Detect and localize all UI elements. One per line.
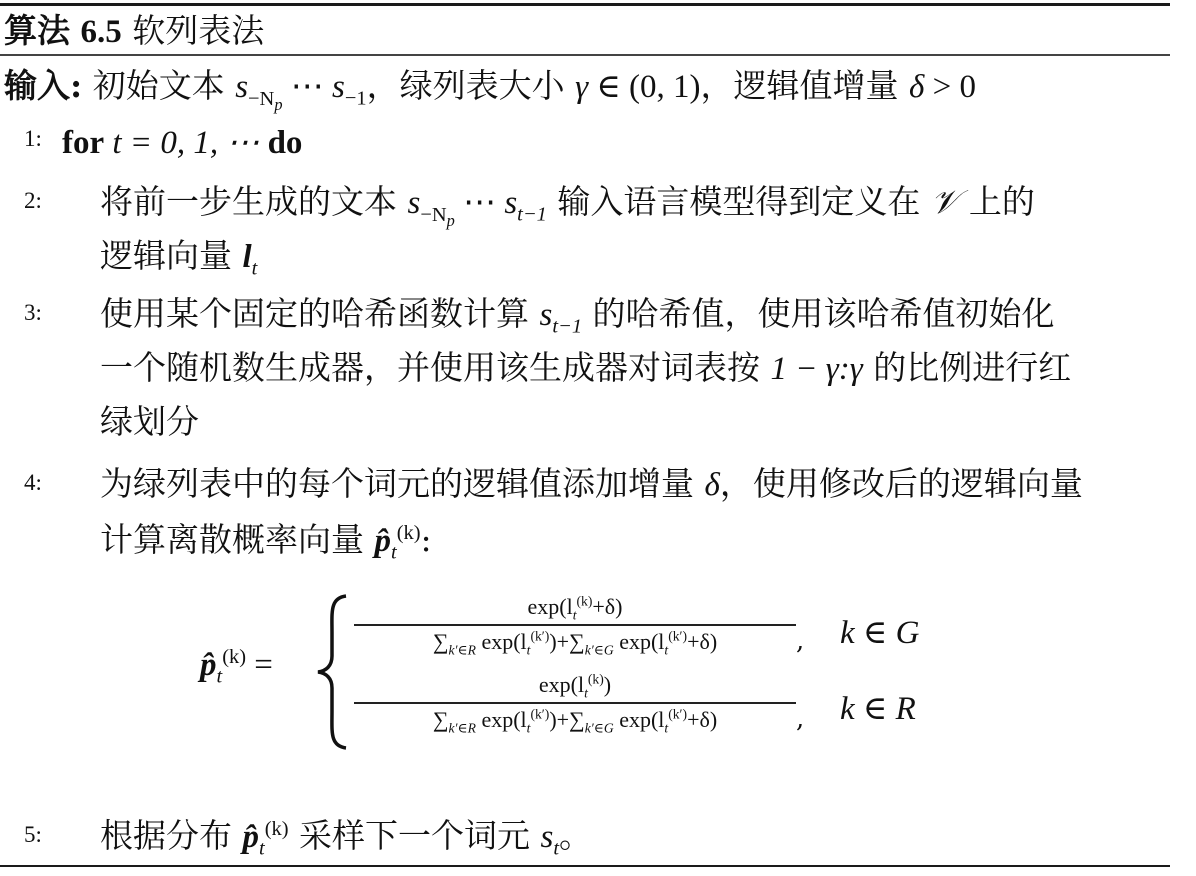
step-5-text: 根据分布 p̂t(k) 采样下一个词元 st。	[100, 814, 592, 859]
text: +δ)	[687, 707, 717, 732]
math-sub: −N	[248, 88, 274, 110]
math-sub: t−1	[517, 204, 547, 226]
line-number: 3:	[24, 300, 42, 326]
math-subsub: p	[447, 211, 455, 230]
algorithm-label: 算法	[4, 11, 70, 50]
math-sup: (k′)	[668, 628, 687, 643]
step-3-line-1: 使用某个固定的哈希函数计算 st−1 的哈希值，使用该哈希值初始化	[100, 292, 1055, 337]
math-sub: t−1	[552, 316, 582, 338]
case-red: exp(lt(k)) ∑k′∈R exp(lt(k′))+∑k′∈G exp(l…	[350, 670, 800, 736]
algorithm-name: 软列表法	[132, 11, 264, 50]
text: )+∑	[549, 629, 584, 654]
vocab-symbol: 𝒱	[931, 182, 959, 221]
text: exp(l	[539, 672, 584, 697]
math-sup: (k)	[588, 672, 604, 687]
math-sup: (k)	[265, 818, 289, 840]
keyword-for: for	[62, 125, 104, 161]
condition-green: k ∈ G	[840, 612, 919, 652]
text: 的哈希值，使用该哈希值初始化	[582, 294, 1055, 333]
step-4-line-2: 计算离散概率向量 p̂t(k):	[100, 518, 432, 563]
denominator: ∑k′∈R exp(lt(k′))+∑k′∈G exp(lt(k′)+δ)	[350, 704, 800, 736]
comma: ,	[796, 626, 804, 656]
text: :	[421, 520, 432, 559]
step-1-text: for t = 0, 1, ⋯ do	[62, 120, 302, 165]
math-prob-vector: p̂	[243, 819, 260, 855]
equals-sign: =	[246, 647, 273, 683]
math-prob-vector: p̂	[375, 523, 392, 559]
math-sub: k′∈R	[449, 720, 476, 735]
line-number: 5:	[24, 822, 42, 848]
text: exp(l	[614, 707, 665, 732]
math-s: s	[540, 297, 553, 333]
math-s: s	[541, 819, 554, 855]
math-sup: (k)	[222, 646, 246, 668]
math-delta: δ	[909, 69, 924, 105]
math-sup: (k′)	[530, 706, 549, 721]
math-range: ∈ (0, 1)	[588, 69, 700, 105]
text: 逻辑向量	[100, 236, 243, 275]
math-ratio: 1 − γ:γ	[771, 351, 863, 387]
math-sub: t	[391, 542, 397, 564]
math-dots: ⋯	[455, 185, 505, 221]
text: 上的	[958, 182, 1035, 221]
math-sub: −1	[345, 88, 367, 110]
math-prob-vector: p̂	[200, 647, 217, 683]
text: exp(l	[614, 629, 665, 654]
line-number: 1:	[24, 126, 42, 152]
math-s: s	[332, 69, 345, 105]
math-sub: t	[217, 666, 223, 688]
case-green: exp(lt(k)+δ) ∑k′∈R exp(lt(k′))+∑k′∈G exp…	[350, 592, 800, 658]
top-rule	[0, 3, 1170, 6]
math-sub: t	[664, 642, 668, 657]
math-s: s	[408, 185, 421, 221]
math-gamma: γ	[575, 69, 588, 105]
condition-red: k ∈ R	[840, 688, 916, 728]
step-2-line-2: 逻辑向量 lt	[100, 234, 257, 279]
text: 输入语言模型得到定义在	[547, 182, 931, 221]
text: +δ)	[687, 629, 717, 654]
math-sub: k′∈G	[585, 720, 614, 735]
input-label: 输入:	[4, 66, 82, 105]
algorithm-title: 算法 6.5 软列表法	[4, 10, 264, 53]
numerator: exp(lt(k))	[350, 670, 800, 702]
text: )+∑	[549, 707, 584, 732]
text: 将前一步生成的文本	[100, 182, 408, 221]
algorithm-number: 6.5	[81, 14, 122, 50]
header-rule	[0, 54, 1170, 56]
text: 根据分布	[100, 816, 243, 855]
math-sup: (k′)	[668, 706, 687, 721]
loop-condition: t = 0, 1, ⋯	[104, 125, 267, 161]
text: 计算离散概率向量	[100, 520, 375, 559]
math-delta: δ	[705, 467, 720, 503]
math-sub: t	[584, 685, 588, 700]
bottom-rule	[0, 865, 1170, 867]
sum-sign: ∑	[433, 629, 449, 654]
text: exp(l	[476, 629, 527, 654]
math-sub: t	[527, 720, 531, 735]
math-sub: t	[664, 720, 668, 735]
math-sub: k′∈G	[585, 642, 614, 657]
math-sub: t	[252, 258, 258, 280]
text: 为绿列表中的每个词元的逻辑值添加增量	[100, 464, 705, 503]
math-s: s	[235, 69, 248, 105]
step-2-line-1: 将前一步生成的文本 s−Np ⋯ st−1 输入语言模型得到定义在 𝒱 上的	[100, 180, 1035, 225]
math-sub: −N	[420, 204, 446, 226]
math-sub: k′∈R	[449, 642, 476, 657]
math-sup: (k)	[397, 522, 421, 544]
input-line: 输入: 初始文本 s−Np ⋯ s−1，绿列表大小 γ ∈ (0, 1)，逻辑值…	[4, 64, 976, 109]
math-subsub: p	[274, 95, 282, 114]
keyword-do: do	[268, 125, 303, 161]
step-3-line-3: 绿划分	[100, 400, 199, 444]
text: 采样下一个词元	[289, 816, 541, 855]
text: 。	[559, 816, 592, 855]
math-gt: > 0	[924, 69, 976, 105]
math-s: s	[504, 185, 517, 221]
text: 的比例进行红	[863, 348, 1072, 387]
text: +δ)	[592, 594, 622, 619]
denominator: ∑k′∈R exp(lt(k′))+∑k′∈G exp(lt(k′)+δ)	[350, 626, 800, 658]
text: exp(l	[476, 707, 527, 732]
text: )	[604, 672, 611, 697]
comma: ,	[796, 704, 804, 734]
line-number: 4:	[24, 470, 42, 496]
sum-sign: ∑	[433, 707, 449, 732]
math-logit-vector: l	[243, 239, 252, 275]
text: exp(l	[528, 594, 573, 619]
math-sup: (k)	[577, 594, 593, 609]
step-4-line-1: 为绿列表中的每个词元的逻辑值添加增量 δ，使用修改后的逻辑向量	[100, 462, 1083, 507]
probability-equation: p̂t(k) = exp(lt(k)+δ) ∑k′∈R exp(lt(k′))+…	[200, 592, 960, 752]
math-sub: t	[259, 838, 265, 860]
math-sup: (k′)	[530, 628, 549, 643]
input-text: ，逻辑值增量	[701, 66, 910, 105]
line-number: 2:	[24, 188, 42, 214]
numerator: exp(lt(k)+δ)	[350, 592, 800, 624]
input-text: ，绿列表大小	[367, 66, 576, 105]
text: 使用某个固定的哈希函数计算	[100, 294, 540, 333]
math-sub: t	[573, 607, 577, 622]
equation-lhs: p̂t(k) =	[200, 644, 273, 684]
text: 一个随机数生成器，并使用该生成器对词表按	[100, 348, 771, 387]
math-dots: ⋯	[283, 69, 333, 105]
math-sub: t	[527, 642, 531, 657]
step-3-line-2: 一个随机数生成器，并使用该生成器对词表按 1 − γ:γ 的比例进行红	[100, 346, 1071, 391]
left-brace-icon	[312, 592, 352, 752]
input-text: 初始文本	[93, 66, 236, 105]
text: ，使用修改后的逻辑向量	[720, 464, 1083, 503]
